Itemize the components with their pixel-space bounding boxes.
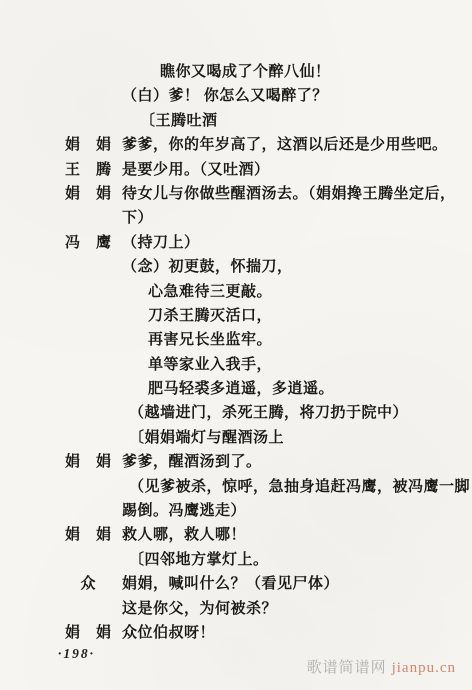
script-line: 娟娟爹爹，醒酒汤到了。 xyxy=(0,450,472,474)
line-text: 这是你父，为何被杀？ xyxy=(122,597,472,621)
speaker-name: 冯鹰 xyxy=(65,231,111,255)
script-line: （白）爹！ 你怎么又喝醉了？ xyxy=(0,84,472,108)
scanned-page: 瞧你又喝成了个醉八仙！（白）爹！ 你怎么又喝醉了？〔王腾吐酒娟娟爹爹，你的年岁高… xyxy=(0,0,472,690)
line-text: 〔娟娟端灯与醒酒汤上 xyxy=(129,426,472,450)
script-line: 王腾是要少用。（又吐酒） xyxy=(0,158,472,182)
line-text: 〔四邻地方掌灯上。 xyxy=(129,548,472,572)
line-text: 踢倒。冯鹰逃走） xyxy=(122,499,472,523)
line-text: 心急难待三更敲。 xyxy=(148,280,472,304)
script-line: 刀杀王腾灭活口， xyxy=(0,304,472,328)
line-text: 娟娟，喊叫什么？（看见尸体） xyxy=(122,572,472,596)
line-text: （持刀上） xyxy=(122,231,472,255)
script-body: 瞧你又喝成了个醉八仙！（白）爹！ 你怎么又喝醉了？〔王腾吐酒娟娟爹爹，你的年岁高… xyxy=(0,0,472,645)
line-text: 刀杀王腾灭活口， xyxy=(148,304,472,328)
line-text: 单等家业入我手， xyxy=(148,353,472,377)
line-text: 下） xyxy=(122,206,472,230)
line-text: 瞧你又喝成了个醉八仙！ xyxy=(160,60,472,84)
script-line: 娟娟待女儿与你做些醒酒汤去。（娟娟搀王腾坐定后， xyxy=(0,182,472,206)
speaker-name: 娟娟 xyxy=(65,523,111,547)
script-line: （越墙进门，杀死王腾，将刀扔于院中） xyxy=(0,401,472,425)
speaker-name: 娟娟 xyxy=(65,450,111,474)
script-line: 这是你父，为何被杀？ xyxy=(0,597,472,621)
line-text: 〔王腾吐酒 xyxy=(140,109,472,133)
speaker-name: 娟娟 xyxy=(65,182,111,206)
speaker-name: 娟娟 xyxy=(65,133,111,157)
script-line: 瞧你又喝成了个醉八仙！ xyxy=(0,60,472,84)
speaker-name: 众 xyxy=(65,572,111,596)
script-line: 〔王腾吐酒 xyxy=(0,109,472,133)
script-line: 娟娟众位伯叔呀！ xyxy=(0,621,472,645)
line-text: （白）爹！ 你怎么又喝醉了？ xyxy=(122,84,472,108)
speaker-name: 娟娟 xyxy=(65,621,111,645)
script-line: 心急难待三更敲。 xyxy=(0,280,472,304)
script-line: 再害兄长坐监牢。 xyxy=(0,328,472,352)
page-number: ·198· xyxy=(58,646,95,662)
line-text: 待女儿与你做些醒酒汤去。（娟娟搀王腾坐定后， xyxy=(122,182,472,206)
speaker-name: 王腾 xyxy=(65,158,111,182)
line-text: 救人哪，救人哪！ xyxy=(122,523,472,547)
line-text: （念）初更鼓，怀揣刀， xyxy=(122,255,472,279)
script-line: （念）初更鼓，怀揣刀， xyxy=(0,255,472,279)
line-text: 再害兄长坐监牢。 xyxy=(148,328,472,352)
script-line: 单等家业入我手， xyxy=(0,353,472,377)
watermark-site-url: jianpu.cn xyxy=(392,660,456,676)
script-line: 踢倒。冯鹰逃走） xyxy=(0,499,472,523)
watermark: 歌谱简谱网jianpu.cn xyxy=(307,656,456,677)
script-line: 下） xyxy=(0,206,472,230)
line-text: （越墙进门，杀死王腾，将刀扔于院中） xyxy=(129,401,472,425)
script-line: 娟娟救人哪，救人哪！ xyxy=(0,523,472,547)
script-line: 肥马轻裘多逍遥，多逍遥。 xyxy=(0,377,472,401)
line-text: 是要少用。（又吐酒） xyxy=(122,158,472,182)
script-line: 〔娟娟端灯与醒酒汤上 xyxy=(0,426,472,450)
line-text: 爹爹，醒酒汤到了。 xyxy=(122,450,472,474)
script-line: 冯鹰（持刀上） xyxy=(0,231,472,255)
script-line: （见爹被杀，惊呼，急抽身追赶冯鹰，被冯鹰一脚 xyxy=(0,475,472,499)
line-text: 众位伯叔呀！ xyxy=(122,621,472,645)
line-text: 爹爹，你的年岁高了，这酒以后还是少用些吧。 xyxy=(122,133,472,157)
script-line: 娟娟爹爹，你的年岁高了，这酒以后还是少用些吧。 xyxy=(0,133,472,157)
watermark-site-name: 歌谱简谱网 xyxy=(307,660,387,676)
script-line: 〔四邻地方掌灯上。 xyxy=(0,548,472,572)
line-text: 肥马轻裘多逍遥，多逍遥。 xyxy=(148,377,472,401)
script-line: 众娟娟，喊叫什么？（看见尸体） xyxy=(0,572,472,596)
line-text: （见爹被杀，惊呼，急抽身追赶冯鹰，被冯鹰一脚 xyxy=(129,475,472,499)
